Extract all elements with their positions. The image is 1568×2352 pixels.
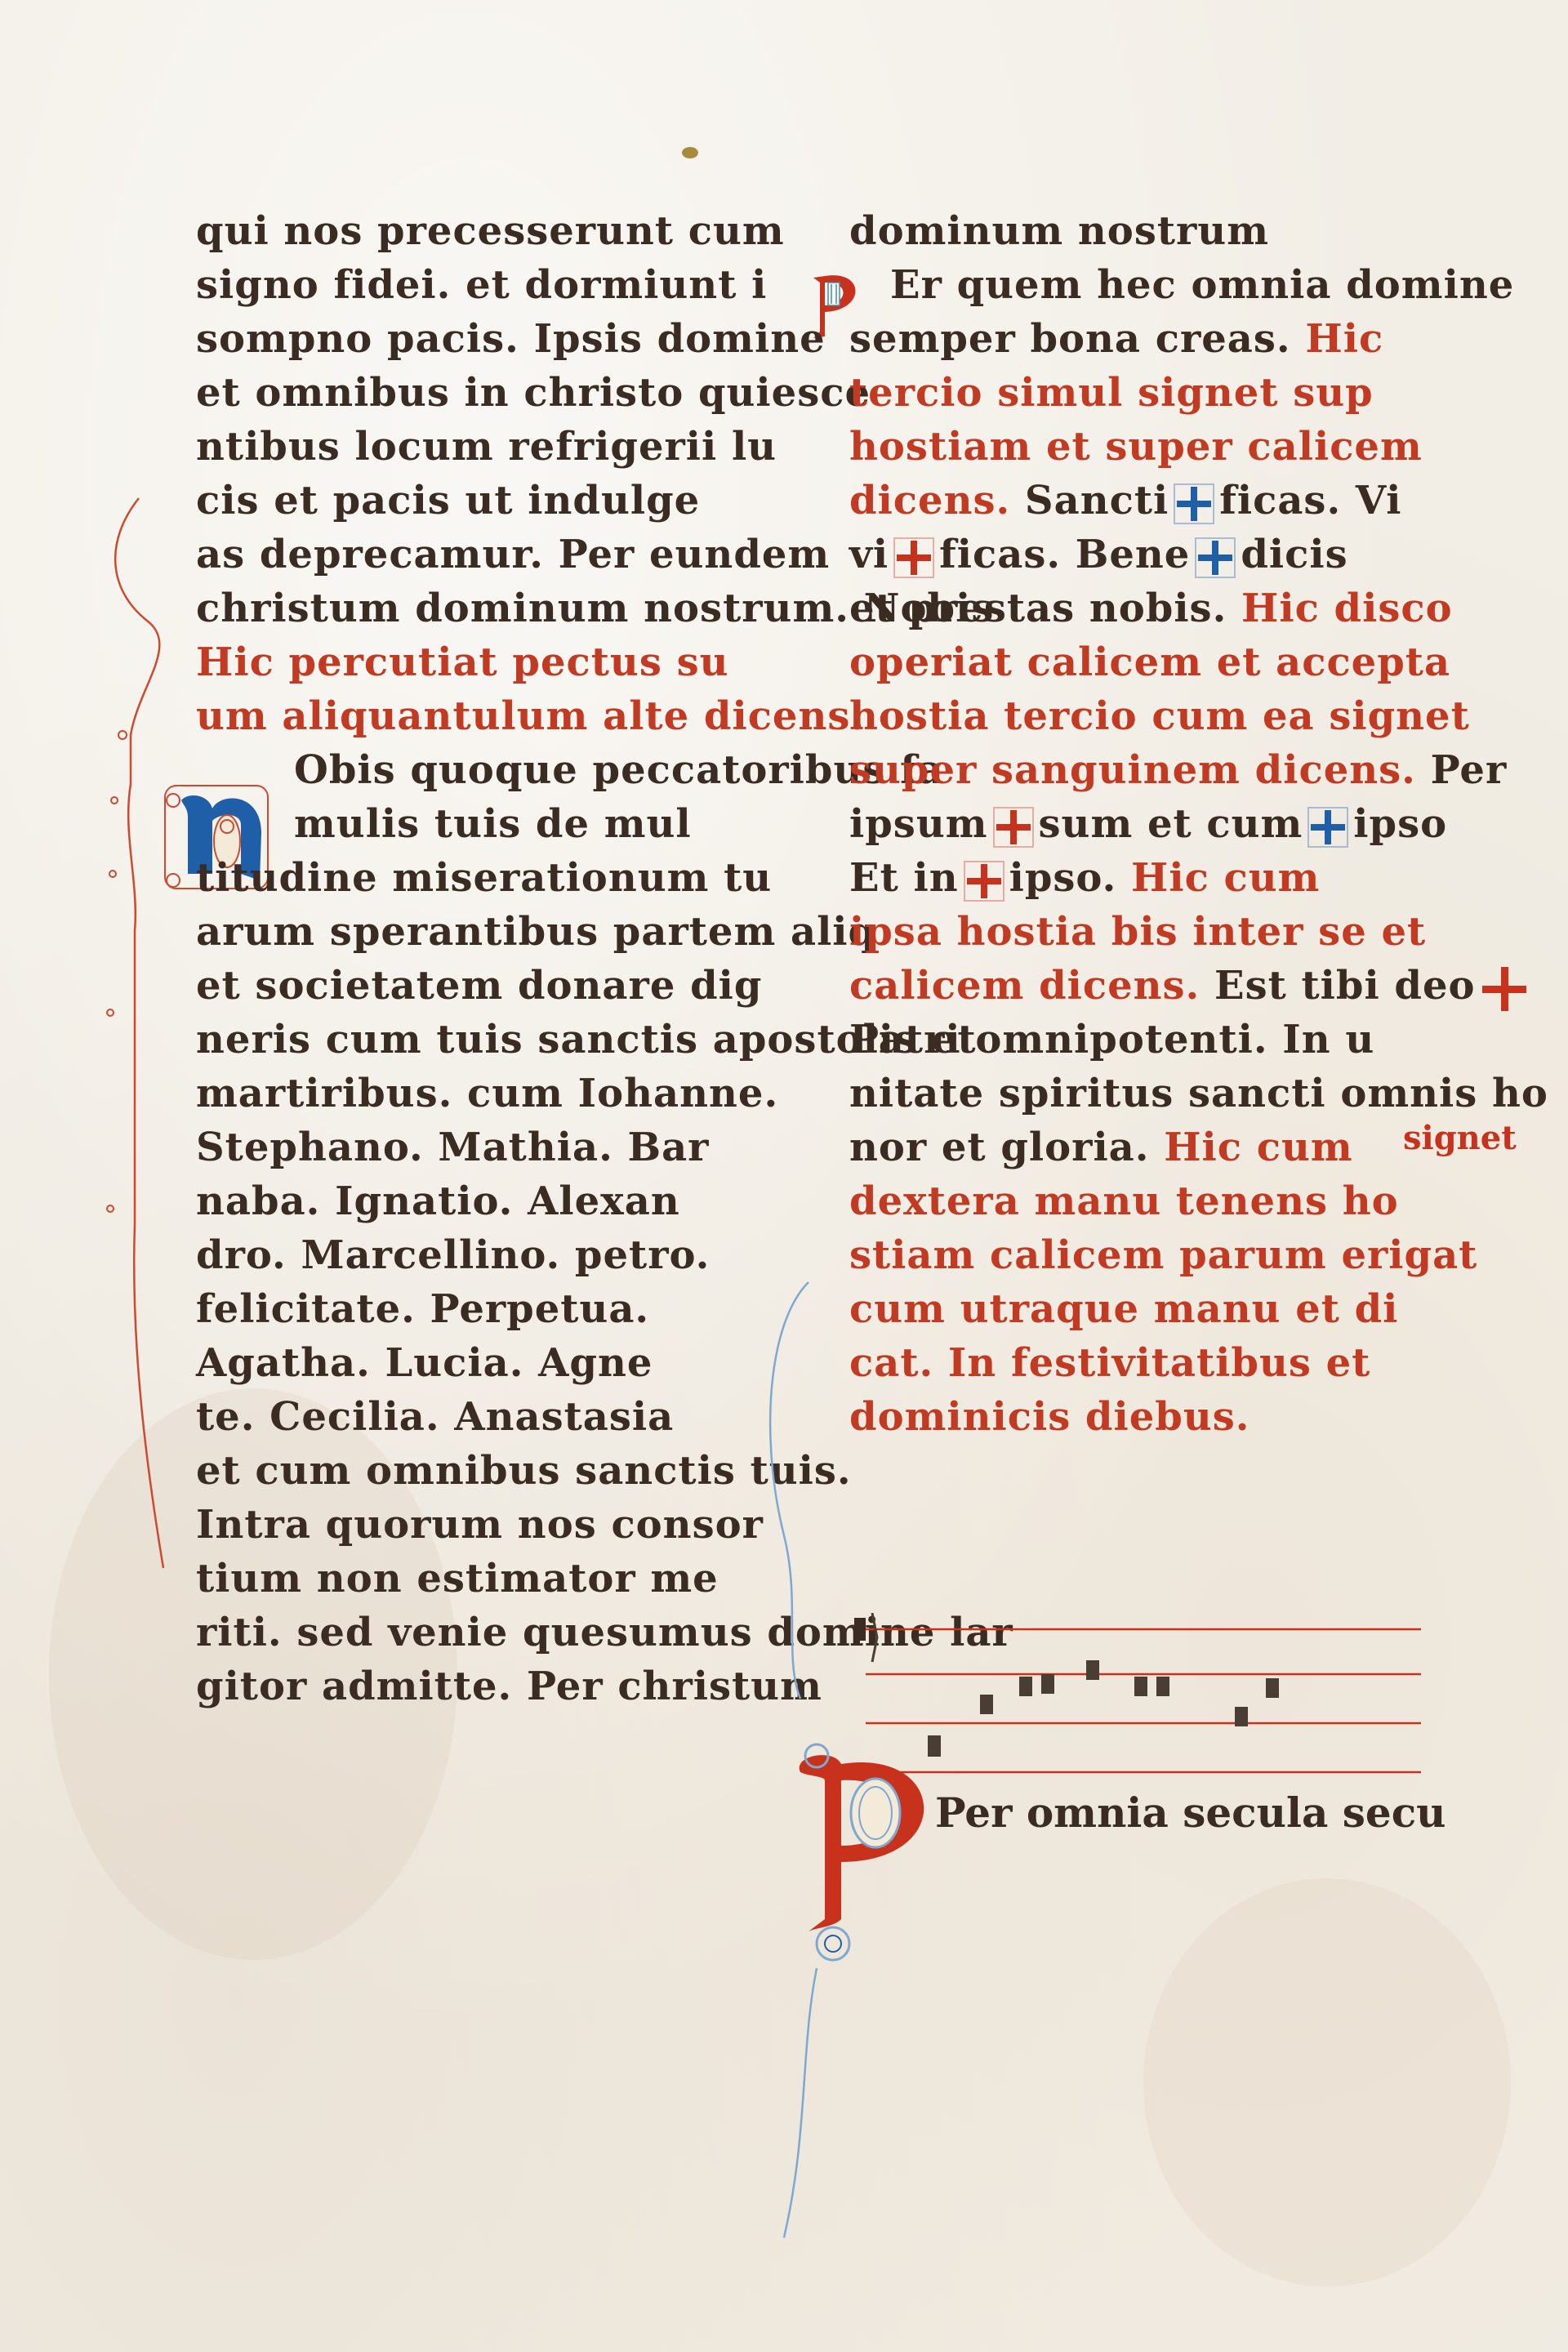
- margin-note: signet: [1403, 1119, 1517, 1157]
- text-line: Et inipso. Hic cum: [849, 851, 1503, 905]
- rubric-line: operiat calicem et accepta: [849, 635, 1503, 689]
- illuminated-initial-p: [784, 1739, 947, 1968]
- red-pen-flourish: [90, 490, 204, 1592]
- text-line: ipsumsum et cumipso: [849, 797, 1503, 851]
- rubric-line: dominicis diebus.: [849, 1390, 1503, 1444]
- cross-icon: [1195, 537, 1236, 578]
- text-line: te. Cecilia. Anastasia: [196, 1390, 768, 1444]
- text-line: Agatha. Lucia. Agne: [196, 1336, 768, 1390]
- text-line: Patri omnipotenti. In u: [849, 1013, 1503, 1067]
- text-line: Intra quorum nos consor: [196, 1498, 768, 1552]
- chant-text: Per omnia secula secu: [935, 1788, 1446, 1837]
- text-line: tium non estimator me: [196, 1552, 768, 1606]
- rubric-line: hostiam et super calicem: [849, 420, 1503, 474]
- text-line: mulis tuis de mul: [196, 797, 768, 851]
- cross-icon: [1174, 483, 1214, 524]
- text-line: vificas. Benedicis: [849, 528, 1503, 581]
- text-line: christum dominum nostrum. Nobis: [196, 581, 768, 635]
- cross-icon: [1481, 965, 1528, 1013]
- text-line: neris cum tuis sanctis apostolis et: [196, 1013, 768, 1067]
- text-line: calicem dicens. Est tibi deo: [849, 959, 1503, 1013]
- text-line: felicitate. Perpetua.: [196, 1282, 768, 1336]
- rubric-line: ipsa hostia bis inter se et: [849, 905, 1503, 959]
- text-line: semper bona creas. Hic: [849, 312, 1503, 366]
- rubric-line: Hic percutiat pectus su: [196, 635, 768, 689]
- text-line: Obis quoque peccatoribus fa: [196, 743, 768, 797]
- text-line: ntibus locum refrigerii lu: [196, 420, 768, 474]
- text-line: as deprecamur. Per eundem: [196, 528, 768, 581]
- text-line: dro. Marcellino. petro.: [196, 1228, 768, 1282]
- text-line: Er quem hec omnia domine: [849, 258, 1503, 312]
- rubric-line: dextera manu tenens ho: [849, 1174, 1503, 1228]
- text-line: qui nos precesserunt cum: [196, 204, 768, 258]
- text-line: signo fidei. et dormiunt i: [196, 258, 768, 312]
- text-line: gitor admitte. Per christum: [196, 1659, 768, 1713]
- rubric-line: um aliquantulum alte dicens.: [196, 689, 768, 743]
- text-line: naba. Ignatio. Alexan: [196, 1174, 768, 1228]
- text-line: Stephano. Mathia. Bar: [196, 1120, 768, 1174]
- text-line: dicens. Sanctificas. Vi: [849, 474, 1503, 528]
- text-line: sompno pacis. Ipsis domine: [196, 312, 768, 366]
- text-line: martiribus. cum Iohanne.: [196, 1067, 768, 1120]
- right-text-column: dominum nostrum Er quem hec omnia domine…: [849, 204, 1503, 1444]
- text-line: nitate spiritus sancti omnis ho: [849, 1067, 1503, 1120]
- cross-icon: [893, 537, 934, 578]
- rubric-line: cum utraque manu et di: [849, 1282, 1503, 1336]
- c-clef-icon: [854, 1618, 866, 1641]
- manuscript-page: qui nos precesserunt cum signo fidei. et…: [0, 0, 1568, 2352]
- text-line: et societatem donare dig: [196, 959, 768, 1013]
- text-line: arum sperantibus partem aliq: [196, 905, 768, 959]
- cross-icon: [993, 807, 1034, 848]
- pigment-spot: [682, 147, 698, 158]
- parchment-stain: [1143, 1878, 1511, 2287]
- rubric-line: stiam calicem parum erigat: [849, 1228, 1503, 1282]
- text-line: et cum omnibus sanctis tuis.: [196, 1444, 768, 1498]
- text-line: et prestas nobis. Hic disco: [849, 581, 1503, 635]
- text-line-with-cancellation: riti. sed venie quesumus domine lar: [196, 1606, 768, 1659]
- rubric-line: super sanguinem dicens. Per: [849, 743, 1503, 797]
- text-line: titudine miserationum tu: [196, 851, 768, 905]
- rubric-line: hostia tercio cum ea signet: [849, 689, 1503, 743]
- rubric-line: tercio simul signet sup: [849, 366, 1503, 420]
- text-line: dominum nostrum: [849, 204, 1503, 258]
- rubric-line: cat. In festivitatibus et: [849, 1336, 1503, 1390]
- cross-icon: [964, 861, 1004, 902]
- cross-icon: [1307, 807, 1348, 848]
- text-line: et omnibus in christo quiesce: [196, 366, 768, 420]
- left-text-column: qui nos precesserunt cum signo fidei. et…: [196, 204, 768, 1713]
- text-line: cis et pacis ut indulge: [196, 474, 768, 528]
